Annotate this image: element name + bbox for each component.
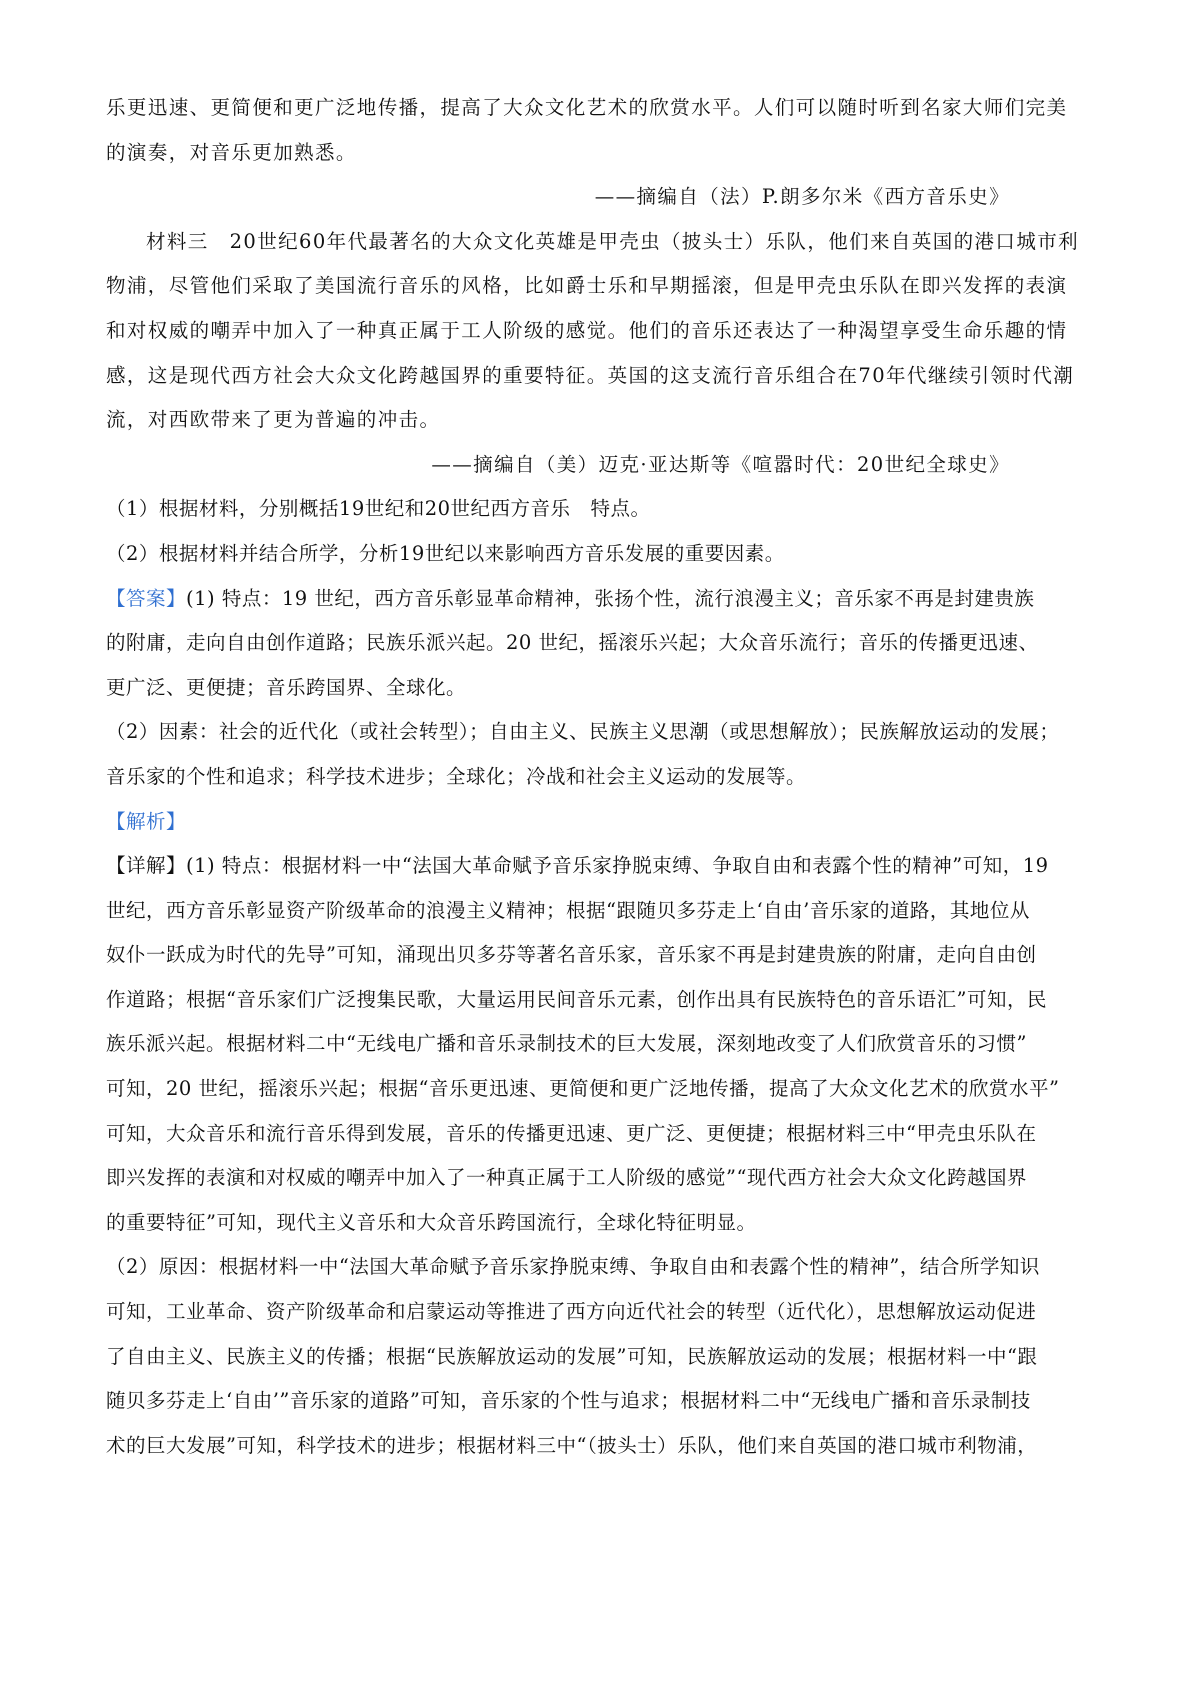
detail-text: (1) 特点：根据材料一中“法国大革命赋予音乐家挣脱束缚、争取自由和表露个性的精…: [186, 854, 1049, 877]
question-1: （1）根据材料，分别概括19世纪和20世纪西方音乐 特点。: [106, 487, 1010, 532]
answer-line: 的附庸，走向自由创作道路；民族乐派兴起。20 世纪，摇滚乐兴起；大众音乐流行；音…: [106, 621, 1010, 666]
question-2: （2）根据材料并结合所学，分析19世纪以来影响西方音乐发展的重要因素。: [106, 532, 1010, 577]
answer-text: (1) 特点：19 世纪，西方音乐彰显革命精神，张扬个性，流行浪漫主义；音乐家不…: [186, 587, 1034, 610]
material3-citation: ——摘编自（美）迈克·亚达斯等《喧嚣时代：20世纪全球史》: [106, 443, 1010, 488]
material3-line: 物浦，尽管他们采取了美国流行音乐的风格，比如爵士乐和早期摇滚，但是甲壳虫乐队在即…: [106, 264, 1010, 309]
detail-line: 即兴发挥的表演和对权威的嘲弄中加入了一种真正属于工人阶级的感觉”“现代西方社会大…: [106, 1156, 1010, 1201]
detail-line: 术的巨大发展”可知，科学技术的进步；根据材料三中“（披头士）乐队，他们来自英国的…: [106, 1424, 1010, 1469]
detail-line: 可知，20 世纪，摇滚乐兴起；根据“音乐更迅速、更简便和更广泛地传播，提高了大众…: [106, 1067, 1010, 1112]
detail-label: 【详解】: [106, 854, 186, 877]
material2-citation: ——摘编自（法）P.朗多尔米《西方音乐史》: [106, 175, 1010, 220]
detail-line: 可知，工业革命、资产阶级革命和启蒙运动等推进了西方向近代社会的转型（近代化），思…: [106, 1290, 1010, 1335]
analysis-label: 【解析】: [106, 800, 1010, 845]
material3-line: 感，这是现代西方社会大众文化跨越国界的重要特征。英国的这支流行音乐组合在70年代…: [106, 354, 1010, 399]
detail-line: 世纪，西方音乐彰显资产阶级革命的浪漫主义精神；根据“跟随贝多芬走上‘自由’音乐家…: [106, 889, 1010, 934]
material3-line: 和对权威的嘲弄中加入了一种真正属于工人阶级的感觉。他们的音乐还表达了一种渴望享受…: [106, 309, 1010, 354]
detail-line: 族乐派兴起。根据材料二中“无线电广播和音乐录制技术的巨大发展，深刻地改变了人们欣…: [106, 1022, 1010, 1067]
document-page: 乐更迅速、更简便和更广泛地传播，提高了大众文化艺术的欣赏水平。人们可以随时听到名…: [106, 86, 1010, 1468]
detail-line: （2）原因：根据材料一中“法国大革命赋予音乐家挣脱束缚、争取自由和表露个性的精神…: [106, 1245, 1010, 1290]
material2-line: 的演奏，对音乐更加熟悉。: [106, 131, 1010, 176]
answer-line: 音乐家的个性和追求；科学技术进步；全球化；冷战和社会主义运动的发展等。: [106, 755, 1010, 800]
material3-line: 流，对西欧带来了更为普遍的冲击。: [106, 398, 1010, 443]
answer-label: 【答案】: [106, 587, 186, 610]
material3-line: 材料三 20世纪60年代最著名的大众文化英雄是甲壳虫（披头士）乐队，他们来自英国…: [106, 220, 1010, 265]
answer-line: 【答案】(1) 特点：19 世纪，西方音乐彰显革命精神，张扬个性，流行浪漫主义；…: [106, 577, 1010, 622]
detail-line: 了自由主义、民族主义的传播；根据“民族解放运动的发展”可知，民族解放运动的发展；…: [106, 1335, 1010, 1380]
detail-line: 奴仆一跃成为时代的先导”可知，涌现出贝多芬等著名音乐家，音乐家不再是封建贵族的附…: [106, 933, 1010, 978]
answer-line: 更广泛、更便捷；音乐跨国界、全球化。: [106, 666, 1010, 711]
detail-line: 的重要特征”可知，现代主义音乐和大众音乐跨国流行，全球化特征明显。: [106, 1201, 1010, 1246]
detail-line: 作道路；根据“音乐家们广泛搜集民歌，大量运用民间音乐元素，创作出具有民族特色的音…: [106, 978, 1010, 1023]
detail-line: 随贝多芬走上‘自由’”音乐家的道路”可知，音乐家的个性与追求；根据材料二中“无线…: [106, 1379, 1010, 1424]
detail-line: 可知，大众音乐和流行音乐得到发展，音乐的传播更迅速、更广泛、更便捷；根据材料三中…: [106, 1112, 1010, 1157]
detail-line: 【详解】(1) 特点：根据材料一中“法国大革命赋予音乐家挣脱束缚、争取自由和表露…: [106, 844, 1010, 889]
material2-line: 乐更迅速、更简便和更广泛地传播，提高了大众文化艺术的欣赏水平。人们可以随时听到名…: [106, 86, 1010, 131]
answer-line: （2）因素：社会的近代化（或社会转型）；自由主义、民族主义思潮（或思想解放）；民…: [106, 710, 1010, 755]
